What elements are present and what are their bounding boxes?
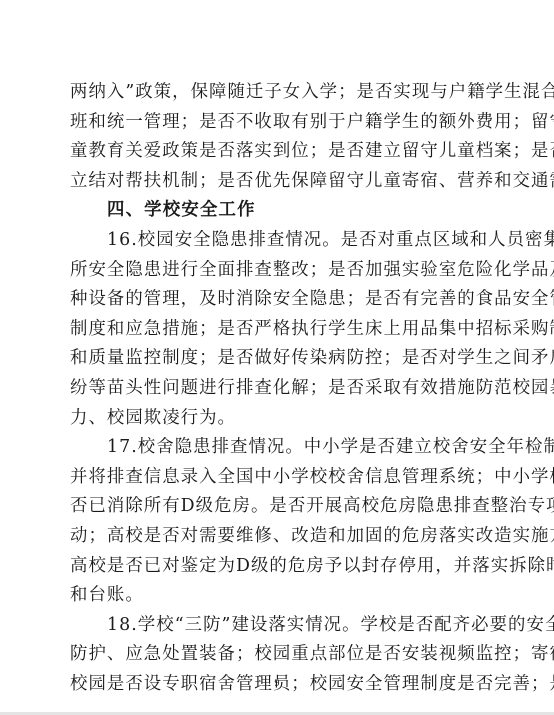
page-body: 两纳入”政策，保障随迁子女入学；是否实现与户籍学生混合编 班和统一管理；是否不收… — [70, 78, 488, 699]
text-line: 力、校园欺凌行为。 — [70, 404, 488, 434]
text-line: 动；高校是否对需要维修、改造和加固的危房落实改造实施方案； — [70, 522, 488, 552]
paragraph-item-17: 17.校舍隐患排查情况。中小学是否建立校舍安全年检制度， 并将排查信息录入全国中… — [70, 433, 488, 611]
text-line: 所安全隐患进行全面排查整改；是否加强实验室危险化学品及特 — [70, 256, 488, 286]
page-number: 9 — [0, 678, 554, 689]
text-line: 17.校舍隐患排查情况。中小学是否建立校舍安全年检制度， — [70, 433, 488, 463]
text-line: 种设备的管理，及时消除安全隐患；是否有完善的食品安全管理 — [70, 285, 488, 315]
text-line: 和质量监控制度；是否做好传染病防控；是否对学生之间矛盾纠 — [70, 344, 488, 374]
text-line: 纷等苗头性问题进行排查化解；是否采取有效措施防范校园暴 — [70, 374, 488, 404]
text-line: 否已消除所有D级危房。是否开展高校危房隐患排查整治专项活 — [70, 492, 488, 522]
text-line: 防护、应急处置装备；校园重点部位是否安装视频监控；寄宿制 — [70, 640, 488, 670]
text-line: 18.学校“三防”建设落实情况。学校是否配齐必要的安全 — [70, 611, 488, 641]
text-line: 制度和应急措施；是否严格执行学生床上用品集中招标采购制度 — [70, 315, 488, 345]
text-line: 并将排查信息录入全国中小学校校舍信息管理系统；中小学校是 — [70, 463, 488, 493]
text-line: 班和统一管理；是否不收取有别于户籍学生的额外费用；留守儿 — [70, 108, 488, 138]
document-page: 两纳入”政策，保障随迁子女入学；是否实现与户籍学生混合编 班和统一管理；是否不收… — [0, 0, 554, 712]
text-line: 立结对帮扶机制；是否优先保障留守儿童寄宿、营养和交通需求。 — [70, 167, 488, 197]
paragraph-item-16: 16.校园安全隐患排查情况。是否对重点区域和人员密集场 所安全隐患进行全面排查整… — [70, 226, 488, 433]
text-line: 和台账。 — [70, 581, 488, 611]
text-line: 童教育关爱政策是否落实到位；是否建立留守儿童档案；是否建 — [70, 137, 488, 167]
text-line: 16.校园安全隐患排查情况。是否对重点区域和人员密集场 — [70, 226, 488, 256]
section-heading-text: 四、学校安全工作 — [70, 196, 488, 226]
text-line: 两纳入”政策，保障随迁子女入学；是否实现与户籍学生混合编 — [70, 78, 488, 108]
section-heading: 四、学校安全工作 — [70, 196, 488, 226]
paragraph-continuation: 两纳入”政策，保障随迁子女入学；是否实现与户籍学生混合编 班和统一管理；是否不收… — [70, 78, 488, 196]
text-line: 高校是否已对鉴定为D级的危房予以封存停用，并落实拆除时间 — [70, 552, 488, 582]
